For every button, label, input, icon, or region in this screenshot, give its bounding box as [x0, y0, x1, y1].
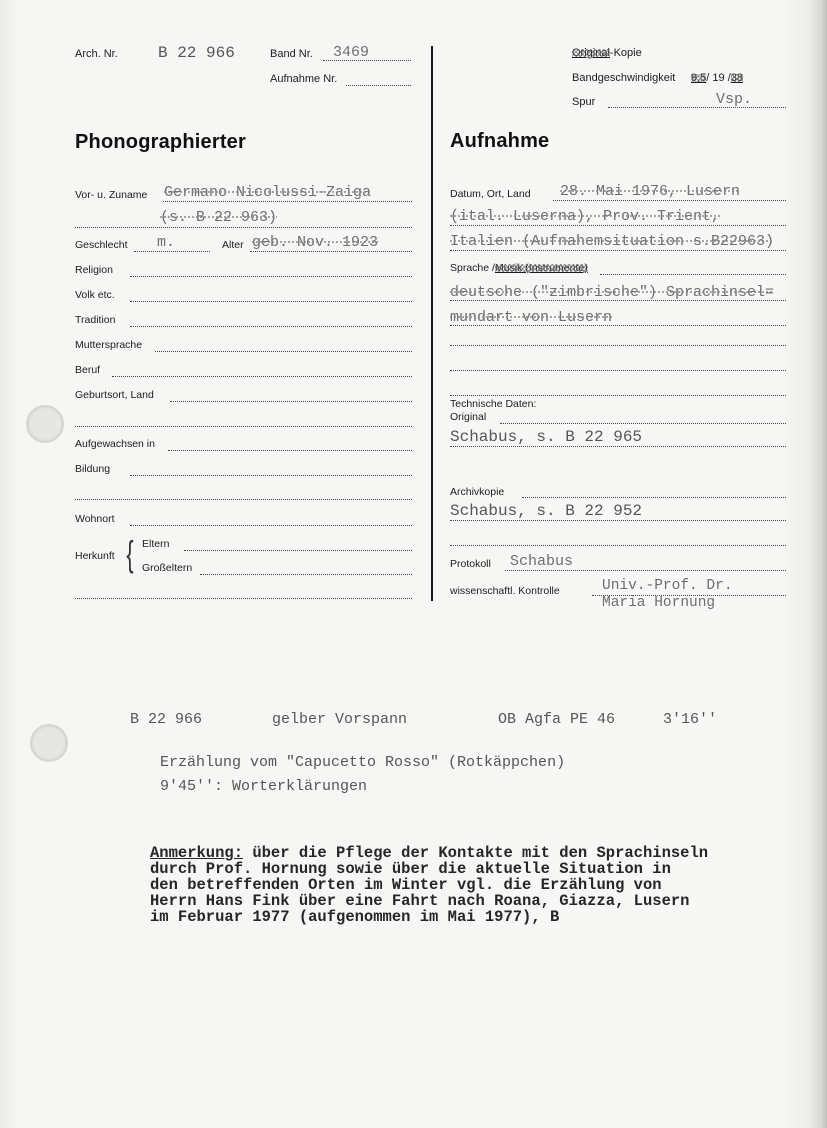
geschlecht-label: Geschlecht: [75, 239, 128, 251]
sprache-value-line-2: mundart von Lusern: [450, 309, 612, 326]
alter-value: geb. Nov. 1923: [252, 234, 378, 251]
beruf-label: Beruf: [75, 364, 100, 376]
grosseltern-line: [200, 574, 412, 575]
technische-daten-label: Technische Daten:: [450, 398, 536, 410]
musik-label-crossed: Musik (Instrumente): [495, 262, 588, 274]
geschlecht-value: m.: [157, 234, 175, 251]
archivkopie-line: [522, 497, 786, 498]
protokoll-line: [505, 570, 786, 571]
speed-38-crossed: 38: [731, 72, 743, 84]
blank-line-2: [450, 370, 786, 371]
geburtsort-label: Geburtsort, Land: [75, 389, 154, 401]
vorname-line: [163, 201, 412, 202]
blank-line-3: [450, 395, 786, 396]
tradition-line: [130, 326, 412, 327]
archivkopie-value: Schabus, s. B 22 952: [450, 502, 642, 520]
original-value: Schabus, s. B 22 965: [450, 428, 642, 446]
blank-line-1: [450, 345, 786, 346]
bandgeschwindigkeit-label: Bandgeschwindigkeit: [572, 72, 675, 84]
wohnort-label: Wohnort: [75, 513, 115, 525]
recording-tape: OB Agfa PE 46: [498, 711, 615, 728]
column-divider: [431, 46, 433, 601]
sprache-field: Sprache /Musik (Instrumente): [450, 262, 588, 274]
aufnahme-nr-line: [346, 85, 411, 86]
bildung-line-2: [75, 499, 412, 500]
original-kopie-field: Original-Kopie: [572, 47, 642, 59]
datum-line-1: [553, 200, 786, 201]
bildung-label: Bildung: [75, 463, 110, 475]
recording-description-line-1: Erzählung vom "Capucetto Rosso" (Rotkäpp…: [160, 754, 565, 771]
aufgewachsen-line: [168, 450, 412, 451]
archivkopie-label: Archivkopie: [450, 486, 504, 498]
punch-hole-bottom: [30, 724, 68, 762]
note-line-5: im Februar 1977 (aufgenommen im Mai 1977…: [150, 909, 559, 925]
datum-value-line-1: 28. Mai 1976, Lusern: [560, 183, 740, 200]
muttersprache-line: [155, 351, 412, 352]
vorname-reference: (s. B 22 963): [160, 209, 277, 226]
protokoll-value: Schabus: [510, 553, 573, 570]
arch-nr-value: B 22 966: [158, 44, 235, 62]
spur-value: Vsp.: [716, 91, 752, 108]
religion-line: [130, 276, 412, 277]
note-line-1: Anmerkung: über die Pflege der Kontakte …: [150, 845, 708, 861]
alter-label: Alter: [222, 239, 244, 251]
original-line: [500, 423, 786, 424]
volk-line: [130, 301, 412, 302]
note-line-2: durch Prof. Hornung sowie über die aktue…: [150, 861, 671, 877]
datum-line-3: [450, 250, 786, 251]
recording-description-line-2: 9'45'': Worterklärungen: [160, 778, 367, 795]
section-title-aufnahme: Aufnahme: [450, 130, 549, 153]
arch-nr-label: Arch. Nr.: [75, 48, 118, 60]
datum-label: Datum, Ort, Land: [450, 188, 531, 200]
bildung-line: [130, 475, 412, 476]
band-nr-label: Band Nr.: [270, 48, 313, 60]
eltern-label: Eltern: [142, 538, 169, 550]
section-title-phonographierter: Phonographierter: [75, 131, 246, 154]
datum-value-line-2: (ital. Luserna), Prov. Trient,: [450, 208, 720, 225]
religion-label: Religion: [75, 264, 113, 276]
kontrolle-value-line-2: Maria Hornung: [602, 595, 715, 611]
kontrolle-label: wissenschaftl. Kontrolle: [450, 585, 560, 597]
archivkopie-line-2: [450, 520, 786, 521]
speed-options: 9,5/ 19 /38: [691, 72, 743, 84]
speed-19-selected: / 19 /: [706, 72, 730, 84]
spur-label: Spur: [572, 96, 595, 108]
herkunft-line-3: [75, 598, 412, 599]
kontrolle-value-line-1: Univ.-Prof. Dr.: [602, 578, 733, 594]
tradition-label: Tradition: [75, 314, 115, 326]
geburtsort-line-2: [75, 426, 412, 427]
protokoll-label: Protokoll: [450, 558, 491, 570]
original-option-crossed: Original: [572, 47, 610, 59]
original-label: Original: [450, 411, 486, 423]
sprache-value-line-1: deutsche ("zimbrische") Sprachinsel=: [450, 284, 774, 301]
vorname-line-2: [75, 227, 412, 228]
band-nr-value: 3469: [333, 44, 369, 61]
geburtsort-line: [170, 401, 412, 402]
original-line-2: [450, 446, 786, 447]
wohnort-line: [130, 525, 412, 526]
note-line-4: Herrn Hans Fink über eine Fahrt nach Roa…: [150, 893, 690, 909]
punch-hole-top: [26, 405, 64, 443]
herkunft-brace: {: [126, 536, 133, 572]
eltern-line: [184, 550, 412, 551]
archivkopie-line-3: [450, 545, 786, 546]
recording-duration: 3'16'': [663, 711, 717, 728]
sprache-line: [600, 274, 786, 275]
recording-id: B 22 966: [130, 711, 202, 728]
grosseltern-label: Großeltern: [142, 562, 192, 574]
kopie-option: -Kopie: [610, 47, 642, 59]
geschlecht-line: [134, 251, 210, 252]
recording-leader: gelber Vorspann: [272, 711, 407, 728]
aufnahme-nr-label: Aufnahme Nr.: [270, 73, 337, 85]
note-line-3: den betreffenden Orten im Winter vgl. di…: [150, 877, 662, 893]
datum-line-2: [450, 225, 786, 226]
muttersprache-label: Muttersprache: [75, 339, 142, 351]
speed-9-5-crossed: 9,5: [691, 72, 706, 84]
volk-label: Volk etc.: [75, 289, 115, 301]
sprache-label: Sprache /: [450, 262, 495, 274]
alter-line: [250, 251, 412, 252]
vorname-label: Vor- u. Zuname: [75, 189, 147, 201]
archive-card: Arch. Nr. B 22 966 Band Nr. 3469 Aufnahm…: [0, 0, 827, 1128]
datum-value-line-3: Italien (Aufnahemsituation s.B22963): [450, 233, 774, 250]
vorname-value: Germano Nicolussi-Zaiga: [164, 184, 371, 201]
beruf-line: [112, 376, 412, 377]
aufgewachsen-label: Aufgewachsen in: [75, 438, 155, 450]
herkunft-label: Herkunft: [75, 550, 115, 562]
spur-line: [608, 107, 786, 108]
